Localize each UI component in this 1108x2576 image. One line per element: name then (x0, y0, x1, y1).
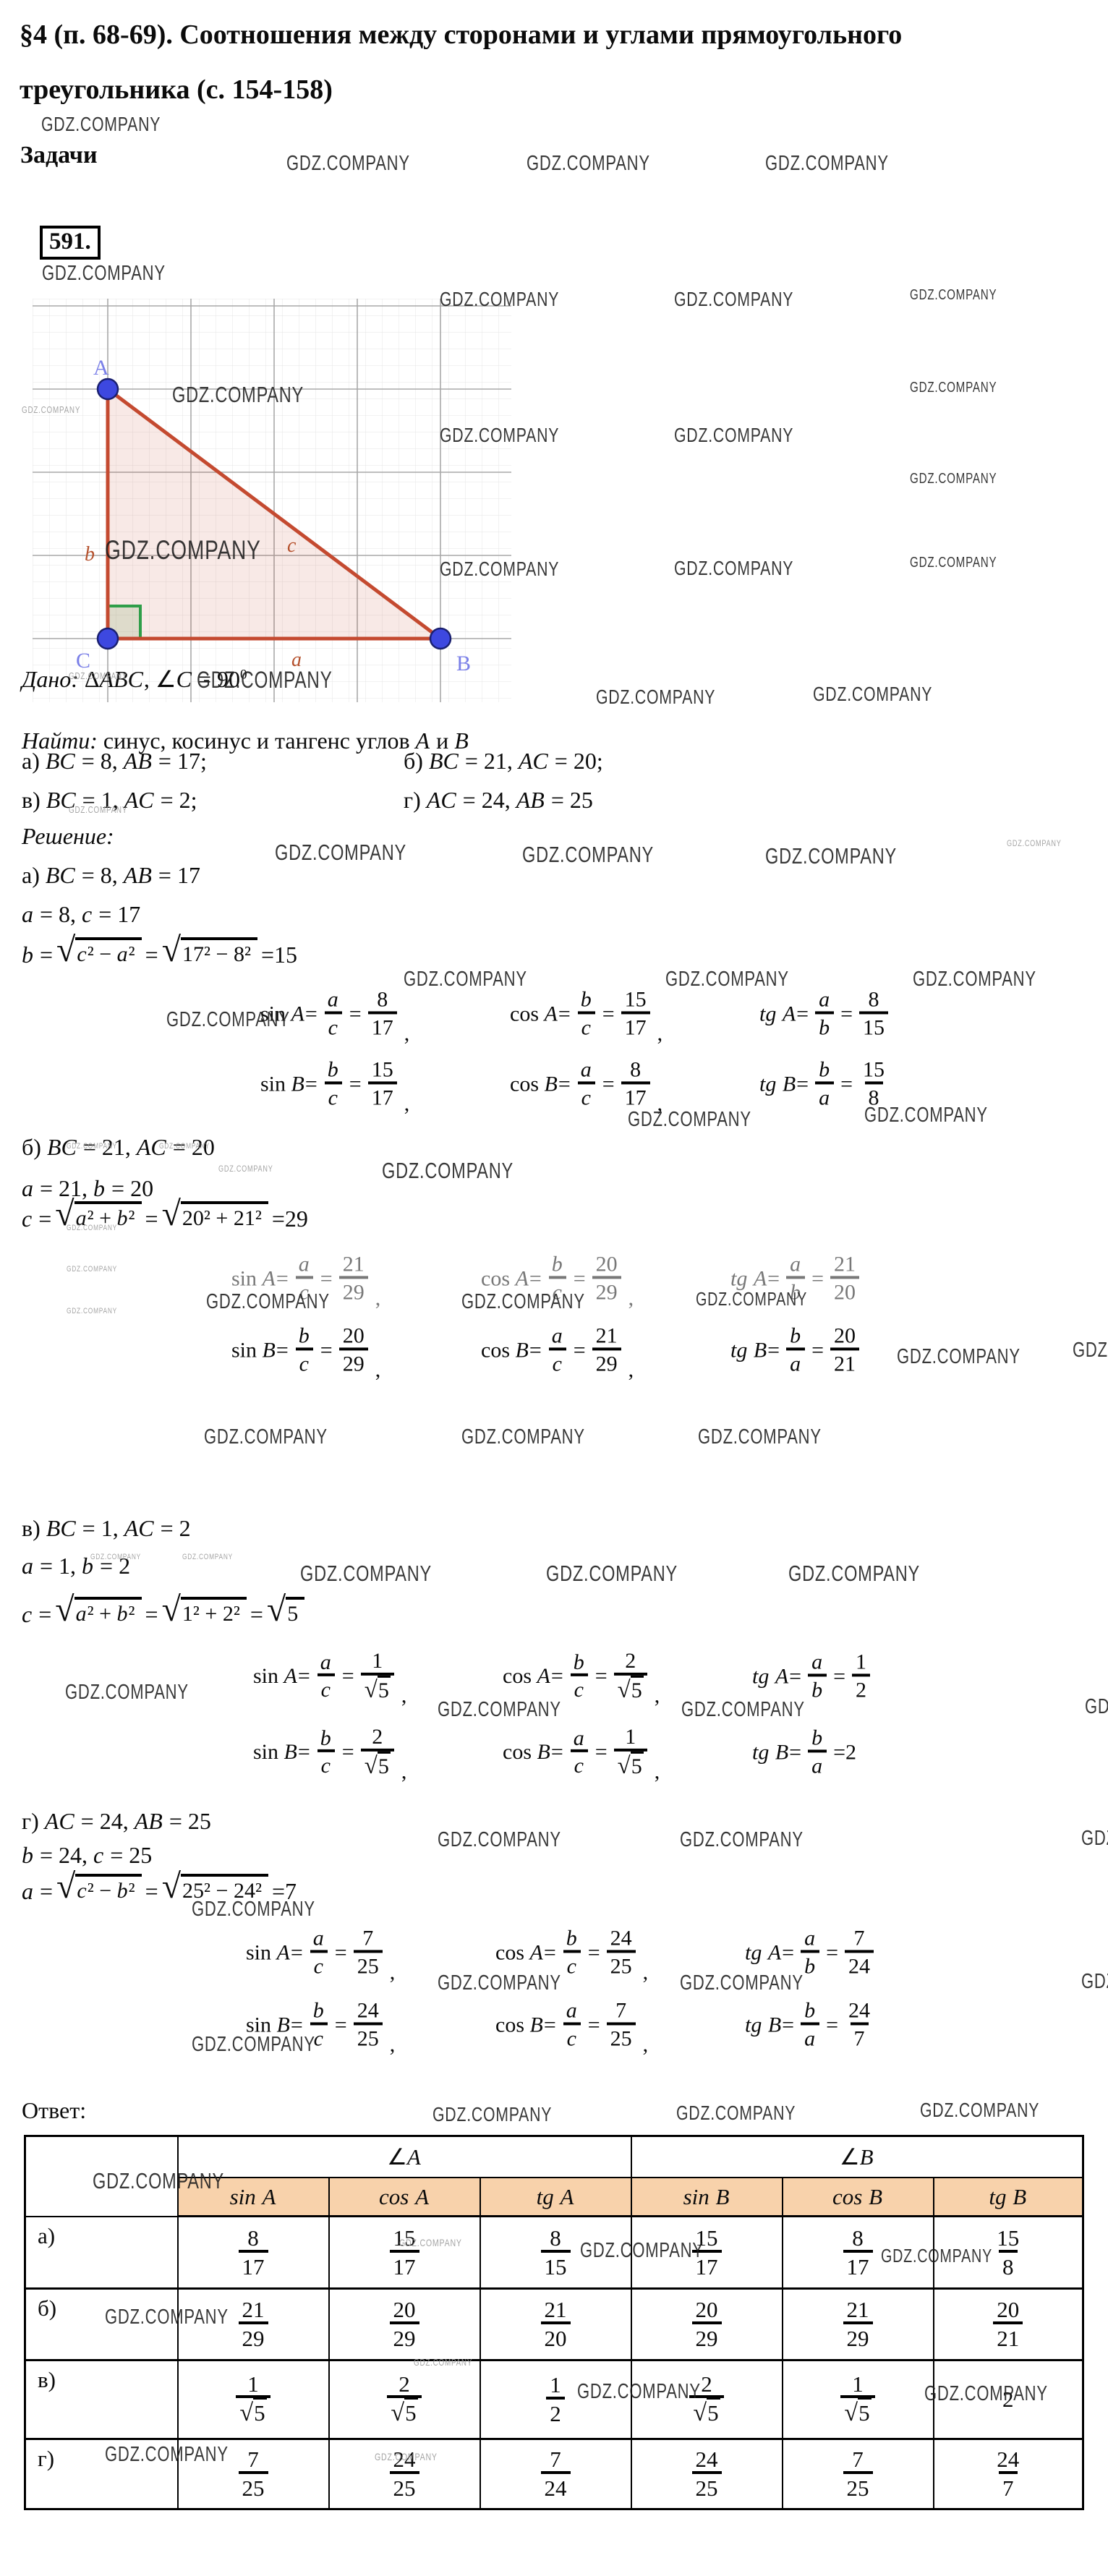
trig-angle: B (545, 1072, 558, 1096)
fraction-numerator: 8 (626, 1059, 644, 1081)
fraction: bc (310, 2000, 328, 2050)
fraction-numerator: 15 (692, 2227, 722, 2250)
fraction: 1517 (368, 1059, 397, 1109)
fraction-denominator: √5 (236, 2395, 270, 2426)
fraction-numerator: b (801, 2000, 819, 2022)
fraction: 12 (546, 2374, 565, 2425)
comma: , (657, 1091, 663, 1116)
fraction: bc (295, 1325, 314, 1375)
square-root: √20² + 21² (162, 1201, 268, 1236)
fraction: 2029 (390, 2298, 419, 2350)
fraction-denominator: 17 (843, 2250, 873, 2279)
given-label: Дано: (22, 666, 79, 692)
fraction: 247 (993, 2448, 1023, 2499)
trig-angle: A (545, 1002, 558, 1026)
fraction: ac (324, 989, 343, 1038)
fraction-numerator: 24 (607, 1927, 636, 1950)
radical-sign: √ (162, 1592, 181, 1627)
trig-fn: cos (510, 1072, 539, 1096)
fraction-numerator: 2 (621, 1650, 639, 1673)
radicand: 5 (253, 2397, 267, 2426)
watermark: GDZ.COMPANY (546, 1562, 678, 1585)
radical-sign: √ (844, 2400, 858, 2426)
comma: , (390, 1960, 396, 1984)
fraction-denominator: c (549, 1276, 566, 1304)
watermark: GDZ.COMPANY (404, 969, 527, 990)
fraction: 2029 (692, 2298, 722, 2350)
fraction-numerator: a (317, 1651, 336, 1673)
fraction-denominator: c (549, 1347, 566, 1376)
answer-col-header: tg B (934, 2178, 1083, 2217)
radical-sign: √ (267, 1592, 286, 1627)
block-heading: г) AC = 24, AB = 25 (22, 1808, 211, 1835)
radical-sign: √ (618, 1676, 631, 1702)
fraction-numerator: 8 (865, 989, 883, 1011)
fraction-denominator: 7 (851, 2022, 869, 2050)
answer-cell: 247 (934, 2439, 1083, 2509)
fraction-numerator: 24 (354, 2000, 383, 2022)
fraction: 815 (859, 989, 888, 1038)
watermark: GDZ.COMPANY (527, 153, 650, 174)
trig-formula: tg A = ab = 724 (745, 1927, 880, 1977)
radical-sign: √ (55, 1197, 74, 1232)
radicand: 5 (707, 2397, 720, 2426)
answer-row: а)81715178151517817158 (25, 2217, 1083, 2289)
fraction-numerator: b (310, 2000, 328, 2022)
answer-cell: 817 (783, 2217, 934, 2289)
trig-formula: sin B = bc = 2425, (246, 2000, 395, 2050)
fraction-numerator: b (786, 1325, 805, 1347)
answer-cell: 1517 (329, 2217, 480, 2289)
fraction: 2√5 (614, 1650, 647, 1702)
comma: , (401, 1760, 407, 1784)
fraction: 2029 (592, 1253, 621, 1303)
fraction-denominator: √5 (614, 1672, 647, 1702)
vertex-label-B: B (456, 652, 471, 675)
trig-fn: sin (253, 1664, 278, 1689)
fraction: 725 (239, 2448, 268, 2499)
fraction-denominator: 29 (339, 1347, 368, 1376)
trig-formula: sin A = ac = 1√5, (253, 1650, 406, 1702)
trig-angle: B (284, 1740, 298, 1765)
fraction-numerator: 21 (830, 1253, 859, 1276)
trig-angle: A (263, 1266, 276, 1291)
fraction-denominator: 8 (865, 1081, 883, 1109)
block-root-line: b = √c² − a² = √17² − 8² = 15 (22, 937, 297, 972)
fraction-denominator: c (563, 1950, 581, 1978)
fraction-numerator: 21 (541, 2298, 571, 2321)
fraction: 815 (541, 2227, 571, 2278)
answer-corner-cell (25, 2136, 178, 2217)
fraction-denominator: √5 (387, 2395, 421, 2426)
trig-fn: cos (503, 1664, 532, 1689)
page-title-line1: §4 (п. 68-69). Соотношения между сторона… (20, 7, 1101, 62)
fraction-denominator: 8 (999, 2250, 1018, 2279)
fraction-numerator: 21 (592, 1325, 621, 1347)
fraction: 12 (852, 1651, 870, 1701)
comma: , (628, 1357, 634, 1382)
fraction-numerator: a (808, 1651, 827, 1673)
fraction-numerator: b (815, 1059, 834, 1081)
comma: , (401, 1684, 407, 1708)
fraction-denominator: b (808, 1673, 827, 1702)
radical-sign: √ (365, 1752, 378, 1778)
fraction-denominator: 25 (239, 2471, 268, 2500)
answer-cell: 1517 (631, 2217, 783, 2289)
trig-fn: cos (481, 1338, 510, 1362)
fraction: ac (317, 1651, 336, 1701)
trig-formula: sin B = bc = 2√5, (253, 1726, 406, 1778)
fraction: bc (563, 1927, 581, 1977)
fraction-denominator: 15 (859, 1011, 888, 1039)
fraction: ab (786, 1253, 805, 1303)
fraction: ac (548, 1325, 567, 1375)
answer-col-header: sin B (631, 2178, 783, 2217)
triangle-diagram: A C B b c a (33, 299, 511, 702)
trig-formula: tg A = ab = 12 (752, 1651, 877, 1701)
square-root: √a² + b² (55, 1201, 141, 1236)
answer-col-header: cos B (783, 2178, 934, 2217)
trig-formula: cos B = ac = 725, (495, 2000, 648, 2050)
fraction: 2120 (830, 1253, 859, 1303)
answer-row-key: г) (25, 2439, 178, 2509)
fraction-denominator: 17 (390, 2250, 419, 2279)
fraction: 724 (541, 2448, 571, 2499)
fraction-numerator: a (570, 1727, 589, 1749)
answer-cell: 2√5 (631, 2360, 783, 2439)
fraction-numerator: 8 (373, 989, 391, 1011)
fraction-denominator: b (815, 1011, 834, 1039)
fraction-numerator: 1 (244, 2373, 263, 2396)
watermark: GDZ.COMPANY (1081, 1828, 1108, 1849)
comma: , (404, 1021, 410, 1046)
fraction: 724 (845, 1927, 874, 1977)
answer-row: г)72524257242425725247 (25, 2439, 1083, 2509)
trig-formula: cos A = bc = 2029, (481, 1253, 634, 1303)
trig-fn: tg (745, 1940, 762, 1965)
fraction-numerator: b (563, 1927, 581, 1950)
fraction-numerator: 20 (993, 2298, 1023, 2321)
fraction-numerator: a (801, 1927, 819, 1950)
trig-fn: sin (246, 2013, 271, 2037)
fraction: 817 (239, 2227, 268, 2278)
trig-fn: sin (260, 1002, 286, 1026)
block-heading: а) BC = 8, AB = 17 (22, 862, 200, 889)
trig-formula: sin A = ac = 2129, (231, 1253, 380, 1303)
fraction-denominator: 25 (843, 2471, 873, 2500)
problem-number-badge: 591. (40, 226, 101, 260)
fraction-numerator: 24 (993, 2448, 1023, 2471)
trig-fn: sin (260, 1072, 286, 1096)
fraction: ac (570, 1727, 589, 1777)
fraction-denominator: 15 (541, 2250, 571, 2279)
case-item: а) BC = 8, AB = 17; (22, 748, 207, 775)
fraction: 1517 (390, 2227, 419, 2278)
trig-fn: sin (231, 1338, 257, 1362)
answer-col-header: sin A (178, 2178, 329, 2217)
fraction: 2129 (239, 2298, 268, 2350)
fraction-numerator: 20 (339, 1325, 368, 1347)
fraction-numerator: 15 (993, 2227, 1023, 2250)
fraction: ba (786, 1325, 805, 1375)
fraction: ab (808, 1651, 827, 1701)
square-root: √17² − 8² (162, 937, 257, 972)
radical-sign: √ (618, 1752, 631, 1778)
watermark: GDZ.COMPANY (698, 1427, 822, 1448)
fraction: 1517 (692, 2227, 722, 2278)
fraction: 158 (859, 1059, 888, 1109)
answer-col-header: cos A (329, 2178, 480, 2217)
fraction-numerator: a (815, 989, 834, 1011)
fraction-denominator: c (318, 1673, 335, 1702)
tasks-heading: Задачи (20, 142, 98, 169)
trig-fn: cos (495, 1940, 524, 1965)
answer-cell: 1√5 (783, 2360, 934, 2439)
trig-angle: A (768, 1940, 782, 1965)
fraction-denominator: 17 (239, 2250, 268, 2279)
fraction: 725 (354, 1927, 383, 1977)
trig-fn: tg (745, 2013, 762, 2037)
answer-cell: 1√5 (178, 2360, 329, 2439)
fraction-denominator: c (578, 1081, 595, 1109)
fraction-numerator: 1 (368, 1650, 386, 1673)
watermark: GDZ.COMPANY (920, 2100, 1039, 2120)
watermark: GDZ.COMPANY (680, 1830, 804, 1851)
fraction: 2021 (830, 1325, 859, 1375)
square-root: √1² + 2² (162, 1597, 247, 1632)
answer-cell: 2425 (329, 2439, 480, 2509)
answer-row-key: в) (25, 2360, 178, 2439)
case-text: BC = 21, AC = 20; (429, 748, 603, 774)
watermark: GDZ.COMPANY (67, 1266, 117, 1274)
trig-angle: B (516, 1338, 529, 1362)
case-item: в) BC = 1, AC = 2; (22, 787, 197, 814)
fraction-denominator: 25 (354, 2022, 383, 2050)
side-label-b: b (85, 543, 95, 566)
answer-row: в)1√52√5122√51√52 (25, 2360, 1083, 2439)
fraction-numerator: 15 (390, 2227, 419, 2250)
watermark: GDZ.COMPANY (65, 1682, 189, 1703)
watermark: GDZ.COMPANY (182, 1553, 233, 1561)
fraction-denominator: 20 (541, 2321, 571, 2350)
trig-angle: A (530, 1940, 544, 1965)
root-result: √5 (263, 1597, 308, 1632)
fraction-denominator: c (571, 1749, 588, 1778)
answer-cell: 817 (178, 2217, 329, 2289)
comma: , (655, 1684, 660, 1708)
fraction-numerator: a (324, 989, 343, 1011)
fraction: bc (577, 989, 596, 1038)
answer-group-A: ∠A (178, 2136, 631, 2178)
answer-cell: 12 (480, 2360, 631, 2439)
comma: , (655, 1760, 660, 1784)
fraction-denominator: 25 (607, 1950, 636, 1978)
fraction-numerator: a (295, 1253, 314, 1276)
answer-cell: 2029 (631, 2289, 783, 2360)
fraction-numerator: 7 (359, 1927, 377, 1950)
trig-formula: sin B = bc = 2029, (231, 1325, 380, 1375)
square-root: √25² − 24² (162, 1874, 268, 1908)
trig-formula: cos B = ac = 1√5, (503, 1726, 660, 1778)
radicand: 25² − 24² (181, 1874, 268, 1903)
fraction-denominator: c (318, 1749, 335, 1778)
fraction-denominator: b (786, 1276, 805, 1304)
fraction-denominator: a (808, 1749, 827, 1778)
fraction-numerator: 8 (546, 2227, 565, 2250)
fraction: ba (801, 2000, 819, 2050)
trig-fn: cos (481, 1266, 510, 1291)
side-label-a: a (291, 649, 302, 671)
trig-angle: B (291, 1072, 305, 1096)
fraction: ac (295, 1253, 314, 1303)
fraction-denominator: 2 (546, 2397, 565, 2426)
radicand: 1² + 2² (181, 1597, 247, 1626)
fraction-denominator: 24 (845, 1950, 874, 1978)
square-root: √c² − b² (56, 1874, 142, 1908)
fraction-denominator: √5 (840, 2395, 874, 2426)
fraction-numerator: 24 (692, 2448, 722, 2471)
fraction-denominator: √5 (361, 1672, 394, 1702)
fraction: bc (324, 1059, 343, 1109)
radicand: 5 (858, 2397, 872, 2426)
trig-angle: A (537, 1664, 551, 1689)
fraction: ac (310, 1927, 328, 1977)
trig-row: sin A = ac = 725,cos A = bc = 2425,tg A … (22, 1953, 1107, 1954)
fraction-numerator: 20 (692, 2298, 722, 2321)
watermark: GDZ.COMPANY (765, 153, 889, 174)
fraction: 247 (845, 2000, 874, 2050)
trig-value: 2 (845, 1740, 856, 1765)
fraction-numerator: b (808, 1727, 827, 1749)
fraction-numerator: 15 (859, 1059, 888, 1081)
trig-angle: A (775, 1664, 789, 1689)
trig-formula: tg B = ba = 158 (759, 1059, 895, 1109)
case-text: BC = 8, AB = 17; (46, 748, 207, 774)
fraction: ab (815, 989, 834, 1038)
fraction: 2425 (692, 2448, 722, 2499)
fraction-numerator: a (548, 1325, 567, 1347)
block-assignment: a = 21, b = 20 (22, 1175, 153, 1202)
radicand: a² + b² (74, 1597, 142, 1626)
trig-formula: tg B = ba = 2 (752, 1727, 856, 1777)
trig-angle: A (284, 1664, 298, 1689)
fraction: 158 (993, 2227, 1023, 2278)
watermark: GDZ.COMPANY (286, 153, 410, 174)
fraction: ac (563, 2000, 581, 2050)
watermark: GDZ.COMPANY (382, 1159, 513, 1182)
watermark: GDZ.COMPANY (438, 1699, 561, 1720)
trig-row: sin B = bc = 2425,cos B = ac = 725,tg B … (22, 2025, 1107, 2026)
fraction: ab (801, 1927, 819, 1977)
radicand: a² + b² (74, 1201, 142, 1231)
fraction: 725 (607, 2000, 636, 2050)
trig-row: sin A = ac = 1√5,cos A = bc = 2√5,tg A =… (22, 1676, 1107, 1678)
fraction-numerator: 7 (244, 2448, 263, 2471)
radicand: 5 (631, 1675, 644, 1702)
watermark: GDZ.COMPANY (218, 1164, 273, 1173)
radical-sign: √ (162, 933, 181, 968)
fraction: 2425 (354, 2000, 383, 2050)
trig-angle: B (775, 1740, 789, 1765)
watermark: GDZ.COMPANY (910, 472, 997, 486)
trig-angle: B (768, 2013, 782, 2037)
watermark: GDZ.COMPANY (676, 2103, 796, 2123)
watermark: GDZ.COMPANY (674, 425, 793, 445)
watermark: GDZ.COMPANY (41, 114, 161, 135)
fraction: 1√5 (840, 2373, 874, 2426)
fraction: 1√5 (236, 2373, 270, 2426)
case-key: г) (404, 787, 421, 813)
watermark: GDZ.COMPANY (1007, 839, 1062, 848)
fraction-numerator: 2 (368, 1726, 386, 1749)
radicand: 5 (404, 2397, 418, 2426)
watermark: GDZ.COMPANY (665, 969, 789, 990)
fraction-denominator: 17 (692, 2250, 722, 2279)
fraction-denominator: 29 (390, 2321, 419, 2350)
trig-angle: A (277, 1940, 291, 1965)
case-item: г) AC = 24, AB = 25 (404, 787, 593, 814)
trig-formula: tg A = ab = 2120 (730, 1253, 866, 1303)
trig-formula: tg B = ba = 2021 (730, 1325, 866, 1375)
fraction: 2√5 (387, 2373, 421, 2426)
case-text: BC = 1, AC = 2; (46, 787, 197, 813)
comma: , (628, 1286, 634, 1310)
fraction-numerator: 2 (697, 2373, 716, 2396)
page: { "page": { "title_line1": "§4 (п. 68-69… (0, 0, 1108, 2576)
fraction: ba (815, 1059, 834, 1109)
trig-fn: tg (752, 1740, 770, 1765)
trig-formula: sin A = ac = 817, (260, 989, 409, 1038)
comma: , (375, 1286, 381, 1310)
fraction-denominator: 24 (541, 2471, 571, 2500)
trig-fn: sin (253, 1740, 278, 1765)
fraction-numerator: 21 (239, 2298, 268, 2321)
fraction-numerator: 24 (390, 2448, 419, 2471)
square-root: √c² − a² (56, 937, 142, 972)
radicand: 5 (286, 1597, 304, 1626)
trig-angle: B (530, 2013, 544, 2037)
fraction-denominator: 7 (999, 2471, 1018, 2500)
fraction: ac (577, 1059, 596, 1109)
watermark: GDZ.COMPANY (913, 969, 1036, 990)
fraction-denominator: 29 (339, 1276, 368, 1304)
trig-formula: cos B = ac = 817, (510, 1059, 662, 1109)
fraction-numerator: b (577, 989, 596, 1011)
block-heading: б) BC = 21, AC = 20 (22, 1134, 215, 1161)
square-root: √a² + b² (55, 1597, 141, 1632)
fraction: 817 (621, 1059, 650, 1109)
trig-angle: A (783, 1002, 796, 1026)
fraction-numerator: 21 (843, 2298, 873, 2321)
watermark: GDZ.COMPANY (813, 684, 932, 704)
fraction: 2129 (339, 1253, 368, 1303)
fraction-numerator: b (548, 1253, 567, 1276)
trig-formula: tg B = ba = 247 (745, 2000, 880, 2050)
watermark: GDZ.COMPANY (765, 845, 897, 867)
radical-sign: √ (55, 1592, 74, 1627)
watermark: GDZ.COMPANY (67, 1308, 117, 1315)
trig-angle: B (263, 1338, 276, 1362)
watermark: GDZ.COMPANY (628, 1109, 751, 1130)
fraction-numerator: 7 (612, 2000, 630, 2022)
answer-row: б)212920292120202921292021 (25, 2289, 1083, 2360)
answer-cell: 2129 (178, 2289, 329, 2360)
fraction: 817 (843, 2227, 873, 2278)
trig-row: sin A = ac = 817,cos A = bc = 1517,tg A … (22, 1014, 1107, 1015)
fraction: 2029 (339, 1325, 368, 1375)
radicand: 20² + 21² (181, 1201, 268, 1231)
watermark: GDZ.COMPANY (42, 263, 166, 284)
